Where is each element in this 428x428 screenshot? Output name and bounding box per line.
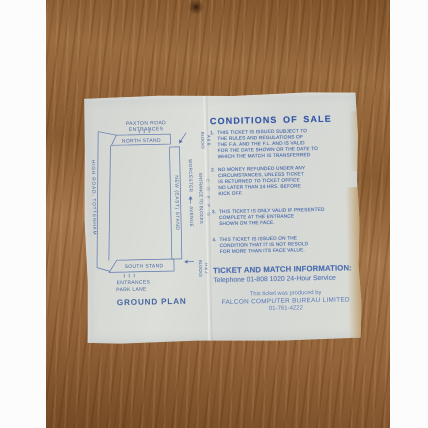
- conditions-of-sale: CONDITIONS OF SALE 1. THIS TICKET IS ISS…: [210, 113, 358, 313]
- ground-plan-title: GROUND PLAN: [117, 297, 187, 307]
- label-paxton-entrances: ENTRANCES: [129, 126, 164, 133]
- label-new-east-stand: NEW (EAST) STAND: [173, 175, 180, 230]
- plan-pitch-left-line: [106, 145, 112, 260]
- tape-residue-stain: [345, 187, 362, 339]
- label-entrance-to-blocks: ENTRANCE TO BLOCKS: [198, 173, 204, 224]
- label-park-lane: PARK LANE: [116, 287, 147, 294]
- condition-item: 2. NO MONEY REFUNDED UNDER ANY CIRCUMSTA…: [211, 165, 356, 198]
- wood-table-surface: PAXTON ROAD ENTRANCES NORTH STAND HIGH R…: [46, 0, 390, 428]
- label-blocks-hj-1: BLOCKS: [198, 260, 203, 277]
- ground-plan-diagram: PAXTON ROAD ENTRANCES NORTH STAND HIGH R…: [84, 110, 220, 313]
- condition-item: 4. THIS TICKET IS ISSUED ON THE CONDITIO…: [212, 235, 356, 256]
- label-worcester: WORCESTER: [188, 159, 194, 193]
- condition-text: NO MONEY REFUNDED UNDER ANY CIRCUMSTANCE…: [218, 166, 306, 198]
- condition-text: THIS TICKET IS ISSUED ON THE CONDITION T…: [219, 236, 308, 256]
- label-high-road-tottenham: HIGH ROAD, TOTTENHAM: [90, 160, 98, 236]
- condition-item: 3. THIS TICKET IS ONLY VALID IF PRESENTE…: [212, 207, 356, 228]
- conditions-heading: CONDITIONS OF SALE: [210, 113, 354, 126]
- ticket-back: PAXTON ROAD ENTRANCES NORTH STAND HIGH R…: [81, 91, 362, 345]
- label-avenue: AVENUE: [189, 206, 194, 227]
- ticket-info-heading: TICKET AND MATCH INFORMATION:: [213, 263, 357, 275]
- plan-top-left-diagonal: [98, 131, 116, 135]
- ticket-info-telephone: Telephone 01-808 1020 24-Hour Service: [213, 274, 357, 284]
- condition-text: THIS TICKET IS ISSUED SUBJECT TO THE RUL…: [217, 129, 318, 161]
- tape-residue-stain-top: [349, 111, 359, 171]
- label-south-stand: SOUTH STAND: [125, 263, 164, 270]
- label-south-entrances: ENTRANCES: [117, 280, 151, 287]
- blocks-ab-arrow: [179, 133, 186, 143]
- plan-bottom-left-diagonal: [97, 267, 110, 271]
- label-north-stand: NORTH STAND: [122, 138, 161, 145]
- condition-text: THIS TICKET IS ONLY VALID IF PRESENTED C…: [219, 208, 325, 228]
- condition-item: 1. THIS TICKET IS ISSUED SUBJECT TO THE …: [210, 128, 355, 161]
